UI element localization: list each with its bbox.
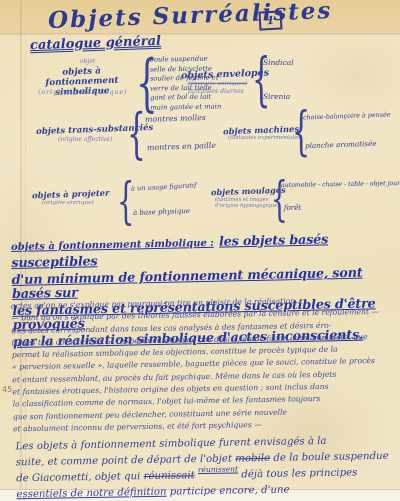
closing-text: de la boule suspendue: [270, 451, 389, 464]
margin-page-number: 45: [2, 385, 12, 394]
group-enveloped-origin-struck: (énergies oniriques): [188, 81, 247, 87]
manuscript-page: Objets Surréalistes 1 catalogue général …: [0, 0, 400, 501]
group-projected-name: objets à projeter: [32, 188, 110, 201]
catalogue-item: planche aromatisée: [305, 139, 377, 150]
catalogue-item: Sirenia: [263, 92, 290, 101]
closing-text: de Giacometti, objet qui: [16, 471, 144, 484]
catalogue-item: à un usage figuratif: [131, 181, 197, 192]
brace-glyph: {: [117, 176, 134, 226]
paper-stain: [300, 30, 400, 120]
catalogue-item: à base physique: [133, 207, 190, 217]
struck-word: réunissait: [144, 470, 195, 482]
group-symbolic-origin: (origine automatique): [38, 89, 128, 96]
group-projected-origin: (origine onirique): [42, 200, 94, 206]
page-number: 1: [266, 14, 274, 27]
brace-glyph: {: [127, 107, 146, 161]
inserted-correction: réunissent: [198, 464, 238, 474]
closing-block: Les objets à fontionnement simbolique fu…: [15, 433, 396, 501]
catalogue-item: chaise-balançoire à pensée: [303, 110, 391, 121]
catalogue-item: montres molles: [145, 113, 206, 124]
definition-lead: objets à fontionnement simbolique :: [11, 238, 214, 253]
catalogue-item: montres en paille: [147, 141, 216, 152]
page-number-box: 1: [259, 10, 283, 30]
group-enveloped-origin: fantaisies diurnes: [188, 88, 244, 95]
closing-text: participe encore, d'une: [166, 485, 289, 498]
group-symbolic-preword: objet: [80, 58, 95, 65]
catalogue-item: main gantée et main: [150, 102, 221, 113]
catalogue-item: Sindical: [263, 58, 294, 67]
catalogue-item: forêt: [284, 204, 301, 212]
closing-text: déjà tous les principes: [238, 467, 357, 480]
body-paragraph: actes qu'on ne s'explique pas pourquoi o…: [11, 294, 399, 436]
definition-line: objets à fontionnement simbolique : les …: [11, 230, 396, 271]
struck-word: mobile: [235, 453, 270, 465]
group-transsubstantiated-origin: (origine affective): [58, 136, 112, 143]
catalogue-item: automobile - chaise - table - objet jour: [281, 180, 400, 189]
closing-text-underlined: essentiels de notre définition: [16, 487, 166, 501]
